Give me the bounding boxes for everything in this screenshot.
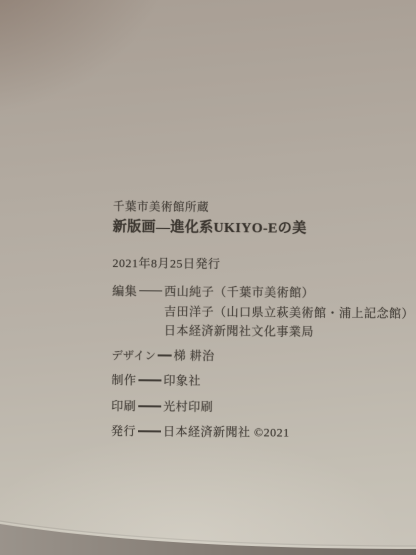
table-surface — [0, 524, 416, 555]
page-bottom-edge — [0, 0, 416, 555]
book-photo: 千葉市美術館所蔵 新版画―進化系UKIYO-Eの美 2021年8月25日発行 編… — [0, 0, 416, 555]
